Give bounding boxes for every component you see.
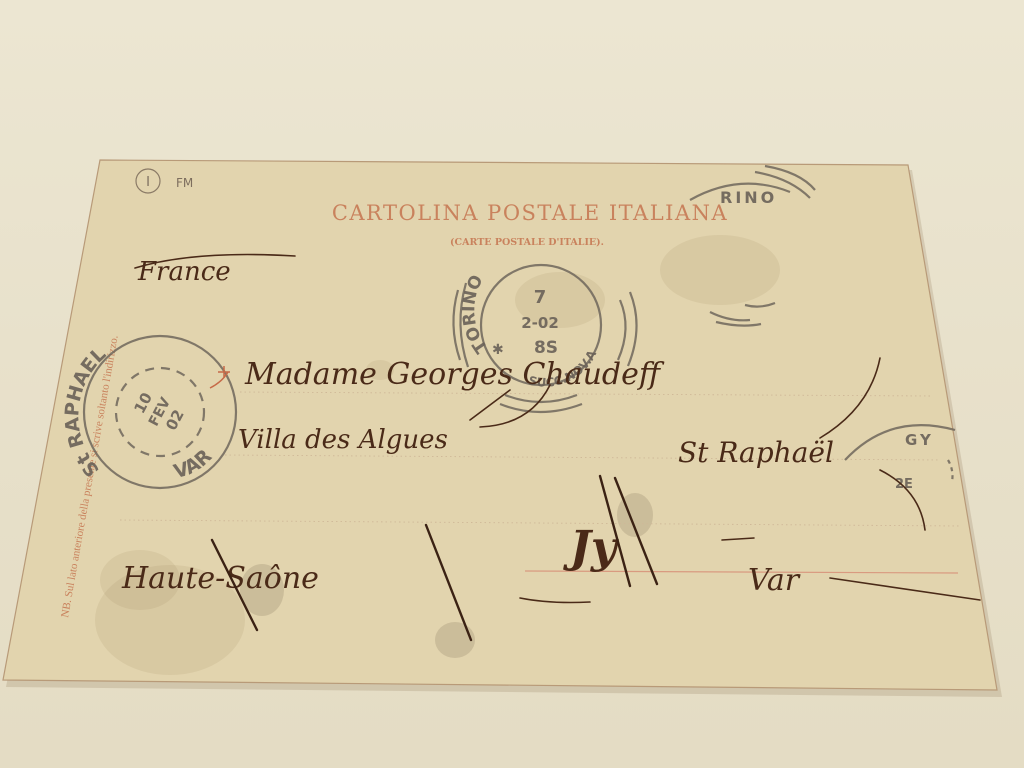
postmark-right-date: 2E — [895, 477, 913, 492]
postmark-right-fragment: GY — [905, 431, 934, 449]
postmark-torino-partial-text: RINO — [720, 188, 777, 207]
photo-scene: CARTOLINA POSTALE ITALIANA (CARTE POSTAL… — [0, 0, 1024, 768]
hw-street: Villa des Algues — [238, 425, 448, 455]
pencil-initials: FM — [176, 176, 193, 190]
postmark-torino-line2: 2-02 — [521, 314, 559, 332]
postmark-torino-line3: 8S — [534, 338, 558, 358]
star-icon: ✱ — [492, 342, 504, 358]
header-title: CARTOLINA POSTALE ITALIANA — [332, 201, 728, 225]
hw-department: Var — [748, 563, 801, 598]
header-subtitle: (CARTE POSTALE D'ITALIE). — [450, 237, 604, 248]
pencil-circled-letter: I — [146, 175, 150, 190]
hw-correction: Jy — [563, 522, 620, 573]
hw-city: St Raphaël — [678, 436, 834, 469]
hw-country: France — [137, 257, 231, 287]
postmark-torino-line1: 7 — [534, 287, 547, 308]
postcard: CARTOLINA POSTALE ITALIANA (CARTE POSTAL… — [3, 160, 1002, 697]
hw-recipient: Madame Georges Chaudeff — [244, 357, 665, 392]
hw-crossed-region: Haute-Saône — [121, 561, 319, 596]
